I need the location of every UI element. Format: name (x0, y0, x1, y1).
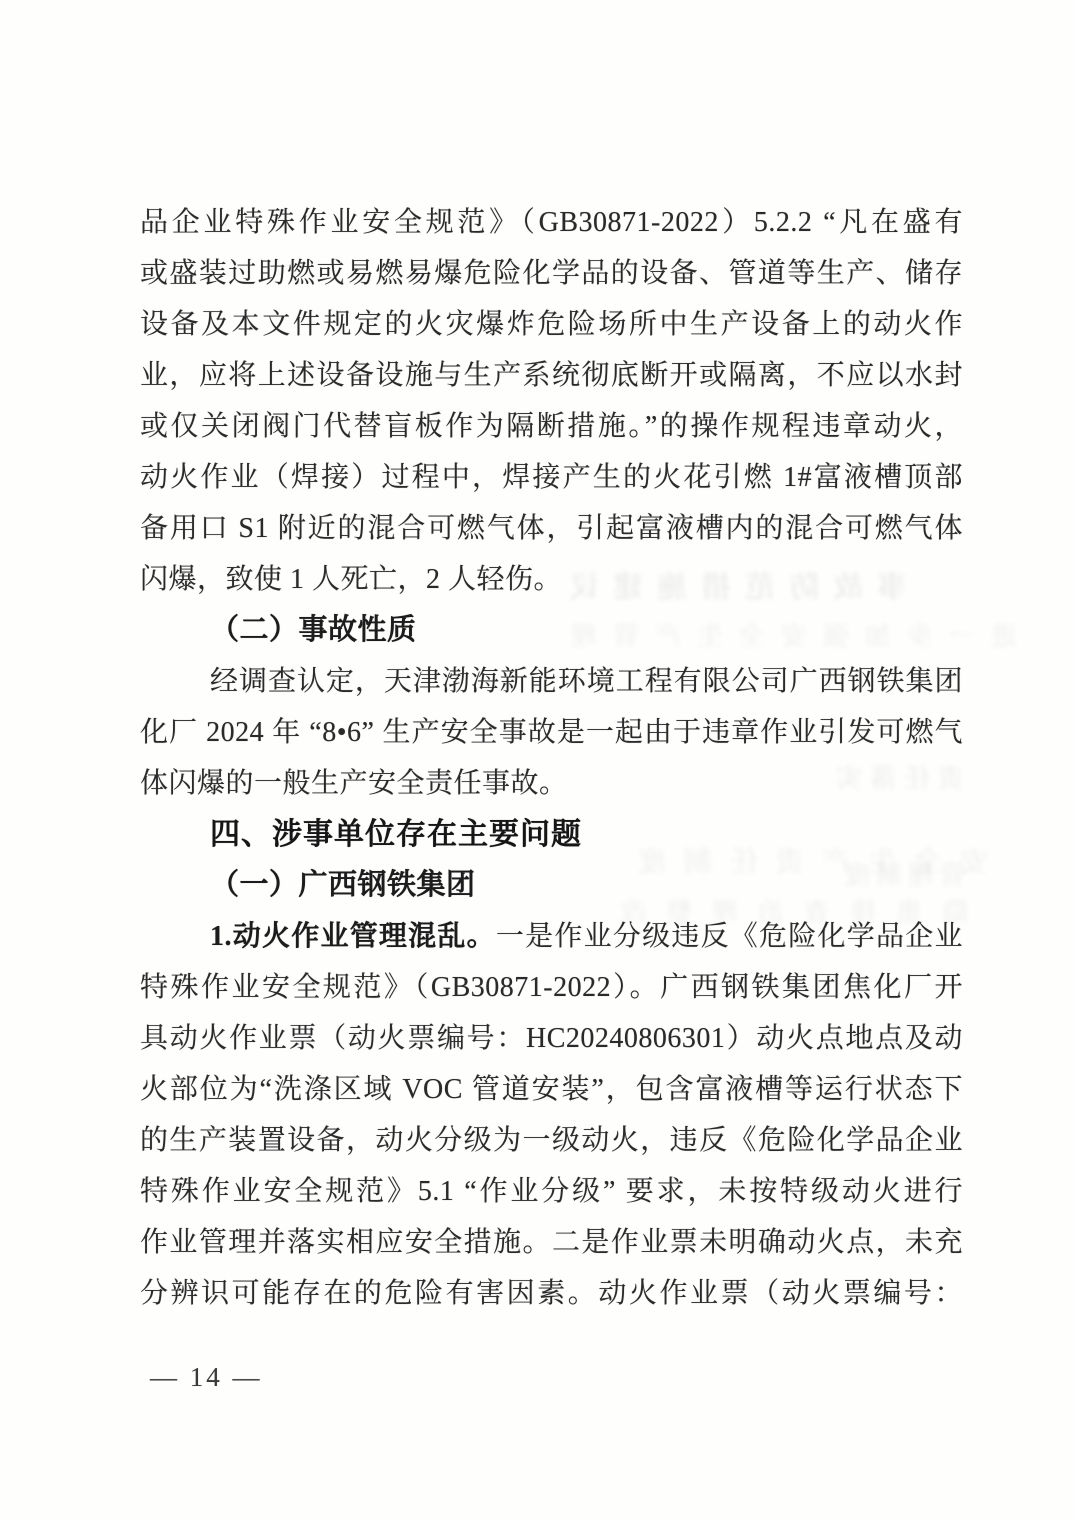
body-text-line: 业，应将上述设备设施与生产系统彻底断开或隔离，不应以水封 (140, 350, 963, 401)
body-text-line: 备用口 S1 附近的混合可燃气体，引起富液槽内的混合可燃气体 (140, 503, 963, 554)
numbered-point-title: 1.动火作业管理混乱。 (210, 921, 496, 952)
page-number: — 14 — (150, 1362, 263, 1393)
page-body-text: 品企业特殊作业安全规范》（GB30871-2022）5.2.2 “凡在盛有 或盛… (140, 197, 963, 1319)
body-text-line: 作业管理并落实相应安全措施。二是作业票未明确动火点，未充 (140, 1217, 963, 1268)
body-text-line: 特殊作业安全规范》5.1 “作业分级” 要求，未按特级动火进行 (140, 1166, 963, 1217)
body-text-line: 具动火作业票（动火票编号：HC20240806301）动火点地点及动 (140, 1013, 963, 1064)
sub-section-heading: （一）广西钢铁集团 (140, 860, 963, 911)
body-text-line: 的生产装置设备，动火分级为一级动火，违反《危险化学品企业 (140, 1115, 963, 1166)
body-text-line: 设备及本文件规定的火灾爆炸危险场所中生产设备上的动火作 (140, 299, 963, 350)
body-text-line: 经调查认定，天津渤海新能环境工程有限公司广西钢铁集团焦 (140, 656, 963, 707)
body-text-line: 体闪爆的一般生产安全责任事故。 (140, 758, 963, 809)
section-heading: 四、涉事单位存在主要问题 (140, 809, 963, 860)
body-text-line: 或盛装过助燃或易燃易爆危险化学品的设备、管道等生产、储存 (140, 248, 963, 299)
body-text-line: 或仅关闭阀门代替盲板作为隔断措施。”的操作规程违章动火， (140, 401, 963, 452)
body-text-line: 分辨识可能存在的危险有害因素。动火作业票（动火票编号： (140, 1268, 963, 1319)
body-text-line: 化厂 2024 年 “8•6” 生产安全事故是一起由于违章作业引发可燃气 (140, 707, 963, 758)
body-text-line: 1.动火作业管理混乱。一是作业分级违反《危险化学品企业 (140, 911, 963, 962)
body-text-line: 火部位为“洗涤区域 VOC 管道安装”，包含富液槽等运行状态下 (140, 1064, 963, 1115)
body-text-line: 特殊作业安全规范》（GB30871-2022）。广西钢铁集团焦化厂开 (140, 962, 963, 1013)
sub-section-heading: （二）事故性质 (140, 605, 963, 656)
body-text-line: 闪爆，致使 1 人死亡，2 人轻伤。 (140, 554, 963, 605)
body-text-line: 动火作业（焊接）过程中，焊接产生的火花引燃 1#富液槽顶部 (140, 452, 963, 503)
document-page: 事故防范措施建议 进一步加强安全生产管理 责任落实 安全生产责任制度 隐患排查治… (0, 0, 1074, 1519)
body-text-segment: 一是作业分级违反《危险化学品企业 (496, 921, 963, 952)
body-text-line: 品企业特殊作业安全规范》（GB30871-2022）5.2.2 “凡在盛有 (140, 197, 963, 248)
